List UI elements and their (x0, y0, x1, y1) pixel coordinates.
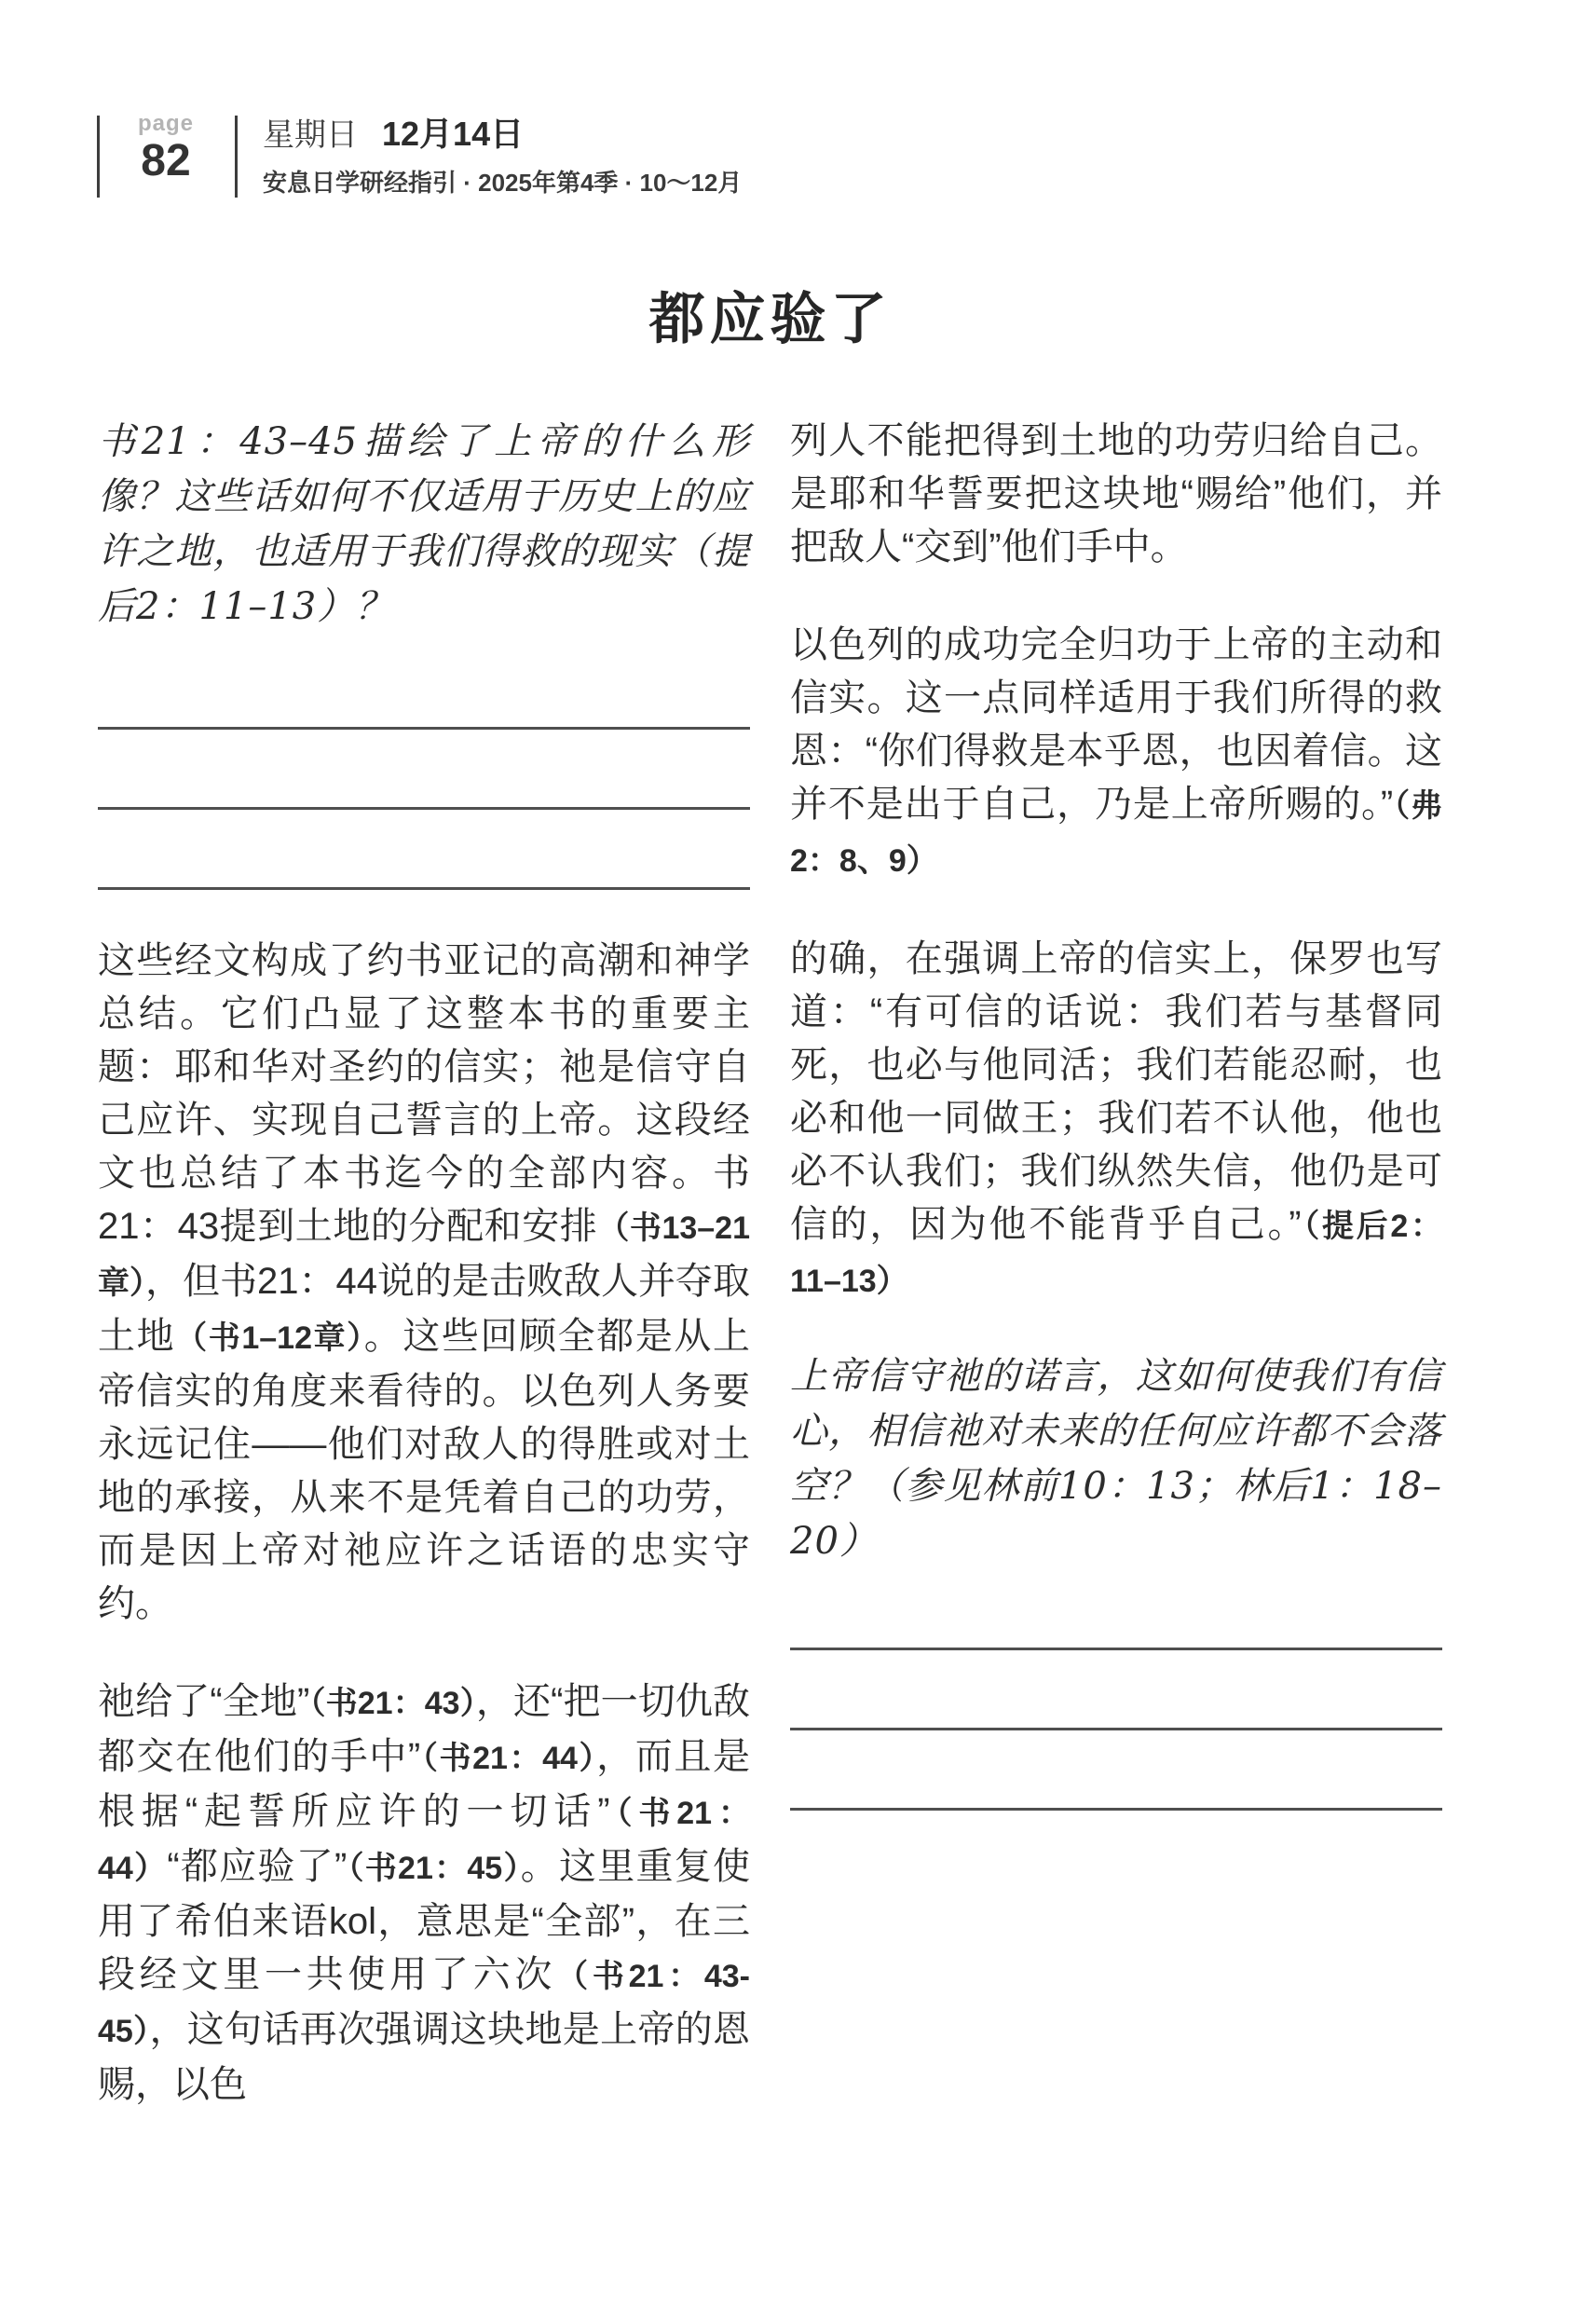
answer-write-line (98, 810, 750, 890)
header-divider-left (97, 116, 100, 198)
text-run: 以色列的成功完全归功于上帝的主动和信实。这一点同样适用于我们所得的救恩：“你们得… (790, 624, 1442, 825)
text-run: 这些经文构成了约书亚记的高潮和神学总结。它们凸显了这整本书的重要主题：耶和华对圣… (98, 940, 750, 1247)
body-paragraph: 列人不能把得到土地的功劳归给自己。是耶和华誓要把这块地“赐给”他们，并把敌人“交… (790, 415, 1442, 574)
answer-write-lines (98, 635, 750, 890)
right-column: 列人不能把得到土地的功劳归给自己。是耶和华誓要把这块地“赐给”他们，并把敌人“交… (790, 415, 1442, 1811)
body-paragraph: 祂给了“全地”（书21：43），还“把一切仇敌都交在他们的手中”（书21：44）… (98, 1675, 750, 2112)
scripture-reference: （书21：44） (420, 1741, 596, 1776)
answer-write-line (98, 730, 750, 810)
answer-write-lines (790, 1569, 1442, 1811)
day-block: 星期日12月14日 安息日学研经指引 · 2025年第4季 · 10～12月 (263, 114, 742, 198)
body-paragraph: 的确，在强调上帝的信实上，保罗也写道：“有可信的话说：我们若与基督同死，也必与他… (790, 933, 1442, 1308)
study-question: 上帝信守祂的诺言，这如何使我们有信心，相信祂对未来的任何应许都不会落空？（参见林… (790, 1349, 1442, 1569)
date-label: 12月14日 (382, 115, 524, 153)
page-number-block: page 82 (121, 112, 211, 185)
page-number: 82 (121, 138, 211, 185)
text-run: 祂给了“全地” (98, 1681, 309, 1722)
left-column: 书21：43–45描绘了上帝的什么形像？这些话如何不仅适用于历史上的应许之地，也… (98, 415, 750, 2112)
header-divider-right (235, 116, 238, 198)
text-run: 书21：43–45描绘了上帝的什么形像？这些话如何不仅适用于历史上的应许之地，也… (98, 420, 750, 628)
body-paragraph: 以色列的成功完全归功于上帝的主动和信实。这一点同样适用于我们所得的救恩：“你们得… (790, 619, 1442, 888)
text-run: 列人不能把得到土地的功劳归给自己。是耶和华誓要把这块地“赐给”他们，并把敌人“交… (790, 420, 1442, 567)
day-line: 星期日12月14日 (263, 114, 742, 162)
weekday-label: 星期日 (263, 117, 358, 153)
lesson-title: 都应验了 (98, 287, 1442, 352)
text-run: ，这句话再次强调这块地是上帝的恩赐，以色 (98, 2009, 750, 2105)
scripture-reference: （书21：45） (347, 1851, 520, 1886)
study-question: 书21：43–45描绘了上帝的什么形像？这些话如何不仅适用于历史上的应许之地，也… (98, 415, 750, 635)
answer-write-line (790, 1650, 1442, 1730)
body-paragraph: 这些经文构成了约书亚记的高潮和神学总结。它们凸显了这整本书的重要主题：耶和华对圣… (98, 935, 750, 1631)
page-label: page (121, 112, 211, 136)
scripture-reference: （书1–12章） (175, 1320, 364, 1356)
text-run: 。这些回顾全都是从上帝信实的角度来看待的。以色列人务要永远记住——他们对敌人的得… (98, 1316, 750, 1624)
answer-write-line (790, 1730, 1442, 1811)
text-run: “都应验了” (167, 1846, 347, 1887)
text-run: 的确，在强调上帝的信实上，保罗也写道：“有可信的话说：我们若与基督同死，也必与他… (790, 938, 1442, 1245)
answer-write-line (98, 635, 750, 730)
scripture-reference: （书21：43） (309, 1686, 475, 1721)
study-guide-page: page 82 星期日12月14日 安息日学研经指引 · 2025年第4季 · … (0, 0, 1596, 2311)
text-run: 上帝信守祂的诺言，这如何使我们有信心，相信祂对未来的任何应许都不会落空？（参见林… (790, 1355, 1442, 1563)
guide-subtitle: 安息日学研经指引 · 2025年第4季 · 10～12月 (263, 164, 742, 198)
answer-write-line (790, 1569, 1442, 1650)
